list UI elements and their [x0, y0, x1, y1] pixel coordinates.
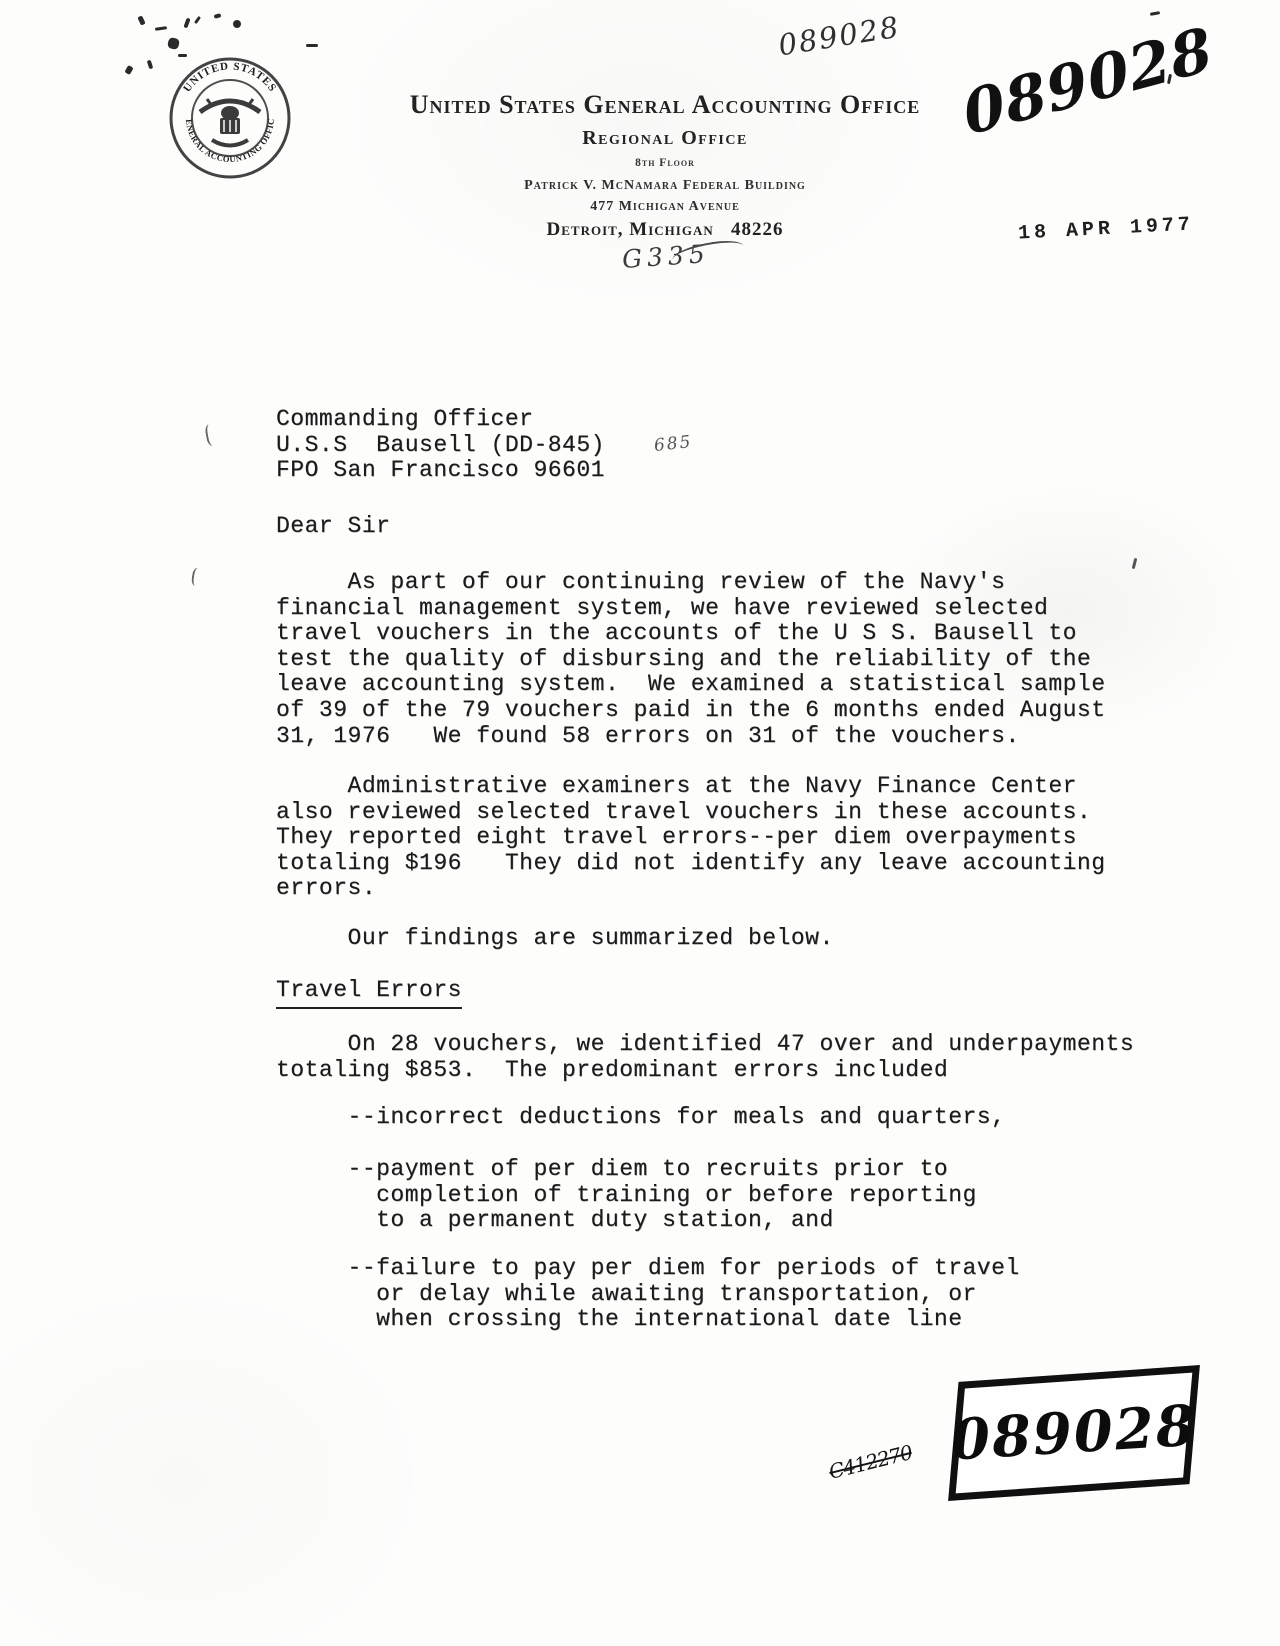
ink-speck [124, 65, 133, 75]
paragraph-travel-errors: On 28 vouchers, we identified 47 over an… [276, 1032, 1134, 1083]
office-city-zip: Detroit, Michigan 48226 [330, 220, 1000, 239]
crossed-out-note: C412270 [827, 1442, 914, 1482]
office-building: Patrick V. McNamara Federal Building [330, 179, 1000, 193]
pencil-mark [191, 567, 202, 586]
ink-speck [194, 16, 201, 24]
pencil-mark [204, 423, 218, 446]
gao-seal: UNITED STATES GENERAL ACCOUNTING OFFICE [168, 56, 292, 180]
bullet-incorrect-deductions: --incorrect deductions for meals and qua… [276, 1105, 1005, 1131]
office-name: Regional Office [330, 128, 1000, 148]
paragraph-findings-summary: Our findings are summarized below. [276, 926, 834, 952]
section-heading-travel-errors: Travel Errors [276, 978, 462, 1009]
salutation: Dear Sir [276, 514, 390, 540]
ink-speck [1150, 11, 1160, 16]
ink-speck [233, 20, 241, 28]
ink-speck [167, 37, 180, 50]
ink-speck [137, 15, 145, 25]
svg-text:UNITED STATES: UNITED STATES [181, 60, 279, 94]
paragraph-intro: As part of our continuing review of the … [276, 570, 1106, 749]
handwritten-doc-number-small: 089028 [776, 13, 902, 61]
seal-eagle-emblem [200, 99, 260, 146]
ink-speck [214, 13, 222, 19]
scanned-letter-page: UNITED STATES GENERAL ACCOUNTING OFFICE … [0, 0, 1280, 1646]
ink-speck [183, 18, 190, 29]
office-floor: 8th Floor [330, 158, 1000, 170]
bullet-per-diem-recruits: --payment of per diem to recruits prior … [276, 1157, 977, 1234]
ink-speck [178, 54, 187, 57]
office-street: 477 Michigan Avenue [330, 200, 1000, 214]
document-number-box: 089028 [948, 1365, 1200, 1501]
date-received-stamp: 18 APR 1977 [1018, 213, 1195, 245]
recipient-address: Commanding Officer U.S.S Bausell (DD-845… [276, 407, 605, 484]
letterhead: United States General Accounting Office … [330, 92, 1000, 239]
bullet-failure-to-pay: --failure to pay per diem for periods of… [276, 1256, 1020, 1333]
ink-speck [155, 26, 167, 31]
seal-text-top: UNITED STATES [181, 60, 279, 94]
handwritten-annotation: 685 [653, 434, 693, 455]
handwritten-doc-number-large: 089028 [959, 19, 1218, 144]
boxed-doc-number: 089028 [950, 1398, 1199, 1469]
ink-speck [306, 44, 318, 47]
pencil-mark [1132, 558, 1138, 569]
paragraph-navy-finance-center: Administrative examiners at the Navy Fin… [276, 774, 1106, 902]
agency-name: United States General Accounting Office [330, 92, 1000, 118]
ink-speck [147, 60, 154, 70]
